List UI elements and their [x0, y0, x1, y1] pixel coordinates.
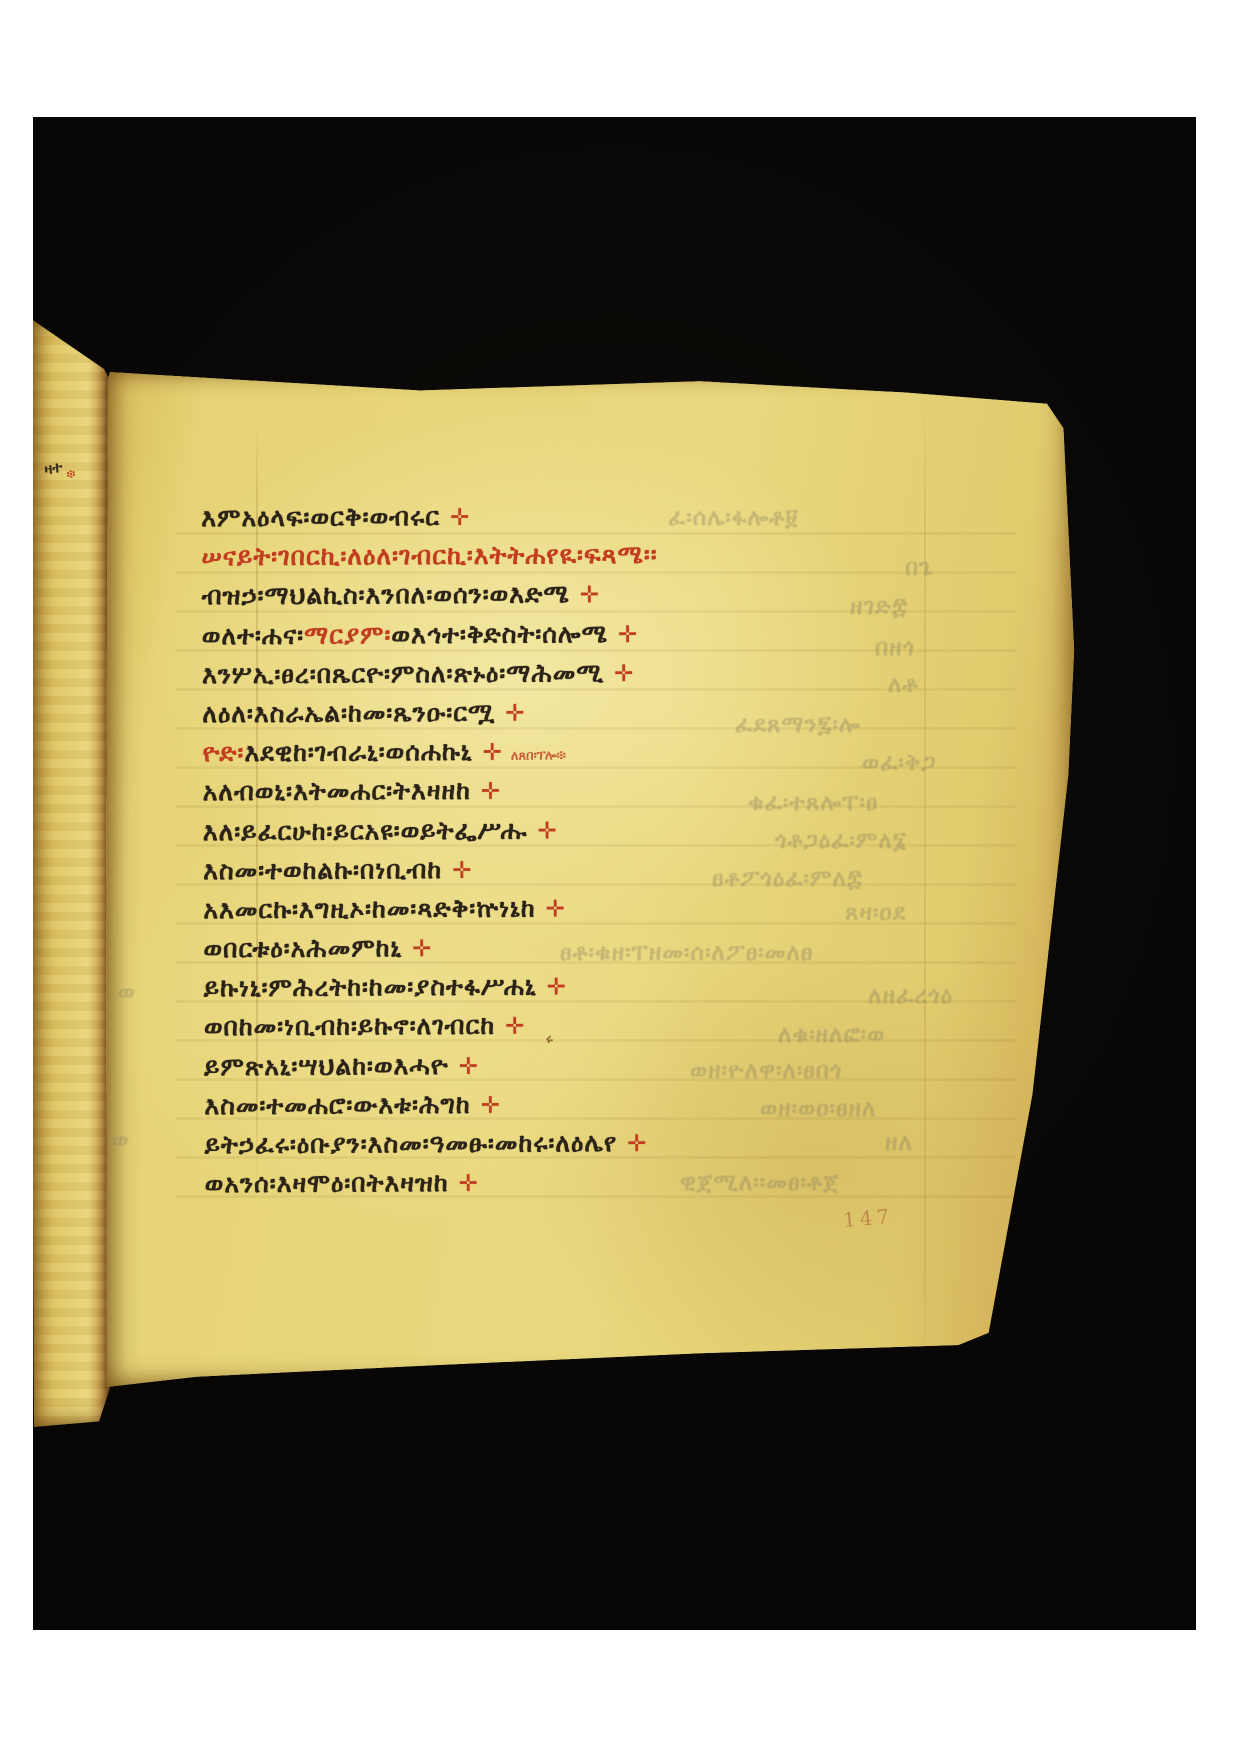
bleedthrough-text: ፀቶ፡ቁዘ፡ፐዘመ፡ሰ፡ለፖፀ፡መለፀ	[560, 940, 813, 966]
bleedthrough-text: ፀቶፖጎዕፈ፡ምለ፰	[712, 866, 863, 892]
line-text-a: ወበከመ፡ነቢብከ፡ይኩኖ፡ለገብርከ	[204, 1011, 495, 1042]
line-text-a: ወበርቱዕ፡አሕመምከኒ	[203, 933, 402, 963]
manuscript-line: እለ፡ይፈርሁከ፡ይርአዩ፡ወይትፌሥሑ✛	[203, 810, 1083, 854]
line-text-c: እደዊከ፡ገብራኒ፡ወሰሐኩኒ	[244, 737, 472, 767]
line-text-a: እስመ፡ተወከልኩ፡በነቢብከ	[203, 855, 442, 885]
line-text-a: ዮድ፡	[202, 738, 244, 767]
manuscript-page: እምአዕላፍ፡ወርቅ፡ወብሩር✛ ሠናይት፡ገበርኪ፡ለዕለ፡ገብርኪ፡እትትሐ…	[106, 368, 1078, 1390]
section-cross-icon: ✛	[618, 622, 638, 648]
book-fore-edge-strip	[33, 318, 111, 1428]
line-text-a: አለብወኒ፡እትመሐር፡ትእዛዘከ	[203, 776, 471, 806]
manuscript-line: ሠናይት፡ገበርኪ፡ለዕለ፡ገብርኪ፡እትትሐየዪ፡ፍጻሜ፡፡	[201, 536, 1081, 580]
bleedthrough-text: ዘለ	[885, 1130, 913, 1156]
bleedthrough-text: ፈ፡ሰሌ፡ፋሎቶ፱	[668, 505, 799, 531]
line-text-a: እስመ፡ተመሐሮ፡ውእቱ፡ሕግከ	[204, 1090, 471, 1120]
bleedthrough-text: ጎቶጋዕፈ፡ምለ፮	[775, 828, 907, 854]
line-text-a: ወለተ፡ሐና፡	[202, 620, 304, 650]
section-cross-icon: ✛	[614, 661, 634, 687]
manuscript-line: ዮድ፡እደዊከ፡ገብራኒ፡ወሰሐኩኒ✛ለጸበ፡ፕሎ፨	[202, 732, 1082, 776]
line-text-a: ይምጽአኒ፡ሣህልከ፡ወእሓዮ	[204, 1051, 449, 1081]
bleedthrough-margin-mark: ወ	[112, 1128, 128, 1153]
line-text-rubric: ማርያም፡	[304, 620, 391, 649]
margin-note-text: ዛተ	[43, 458, 64, 479]
line-text-a: ሠናይት፡ገበርኪ፡ለዕለ፡ገብርኪ፡እትትሐየዪ፡ፍጻሜ፡፡	[201, 540, 657, 571]
interlinear-correction-mark: ሩ	[546, 1032, 553, 1047]
scan-white-border: እምአዕላፍ፡ወርቅ፡ወብሩር✛ ሠናይት፡ገበርኪ፡ለዕለ፡ገብርኪ፡እትትሐ…	[0, 0, 1238, 1753]
bleedthrough-text: ወፈ፡ቅጋ	[862, 750, 936, 776]
section-cross-icon: ✛	[452, 858, 472, 884]
line-text-a: ይትኃፈሩ፡ዕቡያን፡እስመ፡ዓመፁ፡መከሩ፡ለዕሌየ	[204, 1128, 617, 1159]
bleedthrough-text: ፈደጸማን፯፡ሎ	[735, 712, 861, 738]
manuscript-line: አእመርኩ፡እግዚኦ፡ከመ፡ጻድቅ፡ኵነኔከ✛	[203, 889, 1083, 933]
manuscript-line: እስመ፡ተመሐሮ፡ውእቱ፡ሕግከ✛	[204, 1085, 1084, 1129]
text-block: እምአዕላፍ፡ወርቅ፡ወብሩር✛ ሠናይት፡ገበርኪ፡ለዕለ፡ገብርኪ፡እትትሐ…	[201, 497, 1085, 1207]
section-cross-icon: ✛	[459, 1171, 479, 1197]
line-text-a: አእመርኩ፡እግዚኦ፡ከመ፡ጻድቅ፡ኵነኔከ	[203, 893, 535, 924]
manuscript-line: ለዕለ፡እስራኤል፡ከመ፡ጼንዑ፡ርሟ✛	[202, 693, 1082, 737]
line-text-a: ለዕለ፡እስራኤል፡ከመ፡ጼንዑ፡ርሟ	[202, 698, 495, 729]
manuscript-line: ይምጽአኒ፡ሣህልከ፡ወእሓዮ✛	[204, 1045, 1084, 1089]
line-text-a: ወአንሰ፡እዛሞዕ፡በትእዛዝከ	[205, 1168, 449, 1198]
line-text-a: ይኩነኒ፡ምሕረትከ፡ከመ፡ያስተፋሥሐኒ	[204, 972, 537, 1003]
manuscript-line: ወለተ፡ሐና፡ማርያም፡ወእኅተ፡ቅድስት፡ሰሎሜ✛	[202, 614, 1082, 658]
section-cross-icon: ✛	[459, 1053, 479, 1079]
section-cross-icon: ✛	[505, 701, 525, 727]
section-cross-icon: ✛	[483, 740, 503, 766]
bleedthrough-text: ወዘ፡ዮለዋ፡ለ፡ፀበጎ	[690, 1058, 842, 1084]
section-cross-icon: ✛	[547, 975, 567, 1001]
bleedthrough-text: ጸዛ፡ዐደ	[845, 900, 906, 926]
section-cross-icon: ✛	[546, 896, 566, 922]
line-text-c: ወእኅተ፡ቅድስት፡ሰሎሜ	[391, 619, 608, 649]
bleedthrough-text: ለቶ	[888, 672, 919, 698]
manuscript-line: ወበከመ፡ነቢብከ፡ይኩኖ፡ለገብርከ✛	[204, 1006, 1084, 1050]
manuscript-line: እንሦኢ፡ፀረ፡በጼርዮ፡ምስለ፡ጽኑዕ፡ማሕመሚ✛	[202, 653, 1082, 697]
manuscript-line: ይትኃፈሩ፡ዕቡያን፡እስመ፡ዓመፁ፡መከሩ፡ለዕሌየ✛	[204, 1124, 1084, 1168]
manuscript-line: ወአንሰ፡እዛሞዕ፡በትእዛዝከ✛	[205, 1163, 1085, 1207]
bleedthrough-text: በጌ	[905, 555, 934, 581]
section-cross-icon: ✛	[450, 505, 470, 531]
manuscript-line: አለብወኒ፡እትመሐር፡ትእዛዘከ✛	[203, 771, 1083, 815]
section-cross-icon: ✛	[537, 818, 557, 844]
line-text-a: ብዝኃ፡ማህልኪስ፡እንበለ፡ወሰን፡ወእድሜ	[202, 580, 570, 611]
line-text-a: እምአዕላፍ፡ወርቅ፡ወብሩር	[201, 502, 440, 532]
bleedthrough-text: ወዘ፡ወዐ፡ፀዘለ	[760, 1096, 876, 1122]
section-cross-icon: ✛	[505, 1014, 525, 1040]
manuscript-line: ብዝኃ፡ማህልኪስ፡እንበለ፡ወሰን፡ወእድሜ✛	[202, 575, 1082, 619]
bleedthrough-text: ዊጀሚለ፡፡መፀ፡ቶጀ	[680, 1170, 839, 1196]
bleedthrough-text: ለቁ፡ዘለፎ፡ወ	[778, 1022, 885, 1048]
bleedthrough-text: ዘገድ፰	[850, 594, 908, 620]
section-cross-icon: ✛	[627, 1131, 647, 1157]
red-gloss: ለጸበ፡ፕሎ፨	[511, 749, 566, 764]
photo-black-field: እምአዕላፍ፡ወርቅ፡ወብሩር✛ ሠናይት፡ገበርኪ፡ለዕለ፡ገብርኪ፡እትትሐ…	[33, 117, 1196, 1630]
manuscript-line: እስመ፡ተወከልኩ፡በነቢብከ✛	[203, 849, 1083, 893]
section-cross-icon: ✛	[580, 583, 600, 609]
line-text-a: እንሦኢ፡ፀረ፡በጼርዮ፡ምስለ፡ጽኑዕ፡ማሕመሚ	[202, 658, 604, 689]
page-number: 147	[842, 1204, 894, 1232]
margin-note: ዛተ፨	[43, 456, 75, 479]
bleedthrough-text: በዘጎ	[875, 635, 915, 661]
section-cross-icon: ✛	[412, 936, 432, 962]
bleedthrough-text: ቁፈ፡ተጸሎፐ፡ፀ	[748, 790, 878, 816]
bleedthrough-text: ለዘፈረጎዕ	[868, 983, 953, 1009]
manuscript-line: እምአዕላፍ፡ወርቅ፡ወብሩር✛	[201, 497, 1081, 541]
bleedthrough-margin-mark: ወ	[118, 980, 134, 1005]
section-cross-icon: ✛	[481, 1093, 501, 1119]
section-cross-icon: ✛	[481, 779, 501, 805]
line-text-a: እለ፡ይፈርሁከ፡ይርአዩ፡ወይትፌሥሑ	[203, 815, 528, 846]
